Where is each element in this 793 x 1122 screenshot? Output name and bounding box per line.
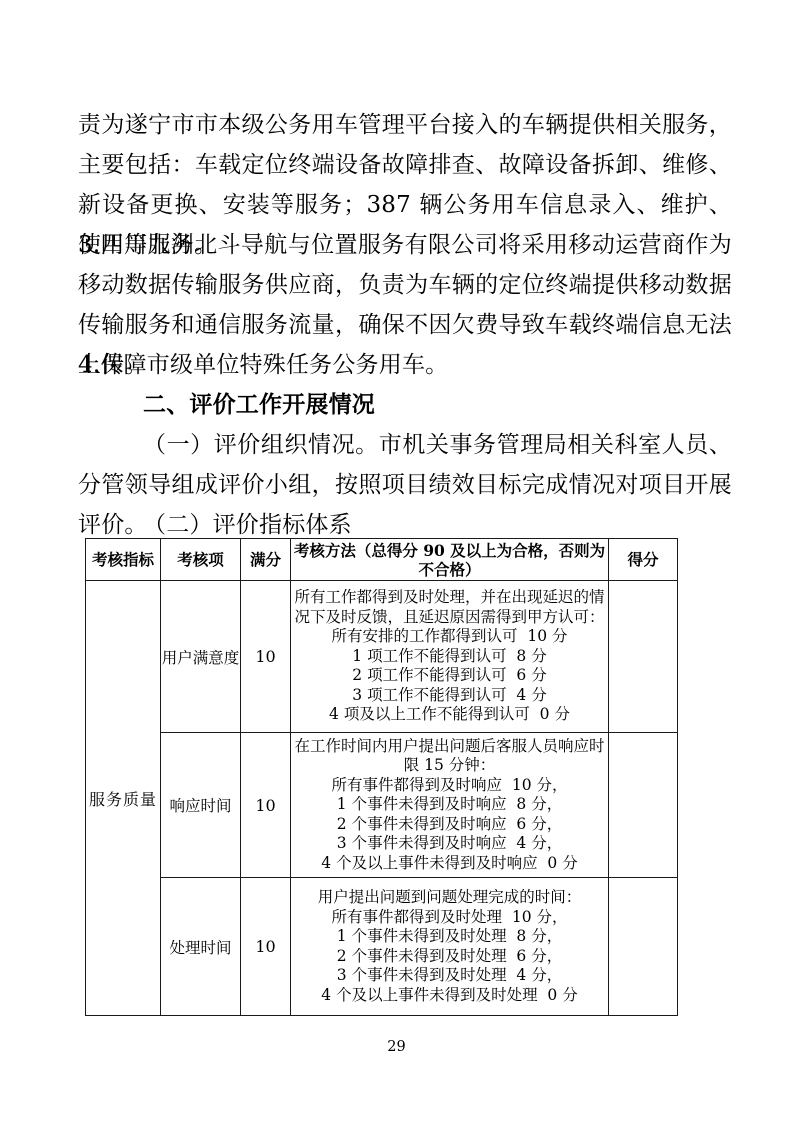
section-heading: 二、评价工作开展情况: [78, 385, 732, 425]
table-row-user-satisfaction: 服务质量 用户满意度 10 所有工作都得到及时处理，并在出现延迟的情况下及时反馈…: [86, 581, 678, 733]
table-row-response-time: 响应时间 10 在工作时间内用户提出问题后客服人员响应时限 15 分钟： 所有事…: [86, 733, 678, 878]
paragraph-item-4: 4.保障市级单位特殊任务公务用车。: [78, 345, 732, 385]
col-header-item: 考核项: [161, 539, 241, 581]
document-page: 责为遂宁市市本级公务用车管理平台接入的车辆提供相关服务，主要包括：车载定位终端设…: [0, 0, 793, 1122]
item-cell: 响应时间: [161, 733, 241, 878]
col-header-score: 得分: [609, 539, 678, 581]
table-header-row: 考核指标 考核项 满分 考核方法（总得分 90 及以上为合格，否则为不合格） 得…: [86, 539, 678, 581]
col-header-max-score: 满分: [241, 539, 291, 581]
col-header-indicator: 考核指标: [86, 539, 161, 581]
table-row-handling-time: 处理时间 10 用户提出问题到问题处理完成的时间： 所有事件都得到及时处理 10…: [86, 878, 678, 1016]
score-cell: [609, 878, 678, 1016]
max-score-cell: 10: [241, 581, 291, 733]
method-cell: 在工作时间内用户提出问题后客服人员响应时限 15 分钟： 所有事件都得到及时响应…: [291, 733, 609, 878]
col-header-method: 考核方法（总得分 90 及以上为合格，否则为不合格）: [291, 539, 609, 581]
max-score-cell: 10: [241, 733, 291, 878]
method-cell: 所有工作都得到及时处理，并在出现延迟的情况下及时反馈，且延迟原因需得到甲方认可：…: [291, 581, 609, 733]
max-score-cell: 10: [241, 878, 291, 1016]
category-cell: 服务质量: [86, 581, 161, 1016]
method-cell: 用户提出问题到问题处理完成的时间： 所有事件都得到及时处理 10 分， 1 个事…: [291, 878, 609, 1016]
score-cell: [609, 733, 678, 878]
item-cell: 处理时间: [161, 878, 241, 1016]
page-number: 29: [0, 1037, 793, 1057]
score-cell: [609, 581, 678, 733]
evaluation-indicator-table: 考核指标 考核项 满分 考核方法（总得分 90 及以上为合格，否则为不合格） 得…: [85, 538, 678, 1016]
item-cell: 用户满意度: [161, 581, 241, 733]
